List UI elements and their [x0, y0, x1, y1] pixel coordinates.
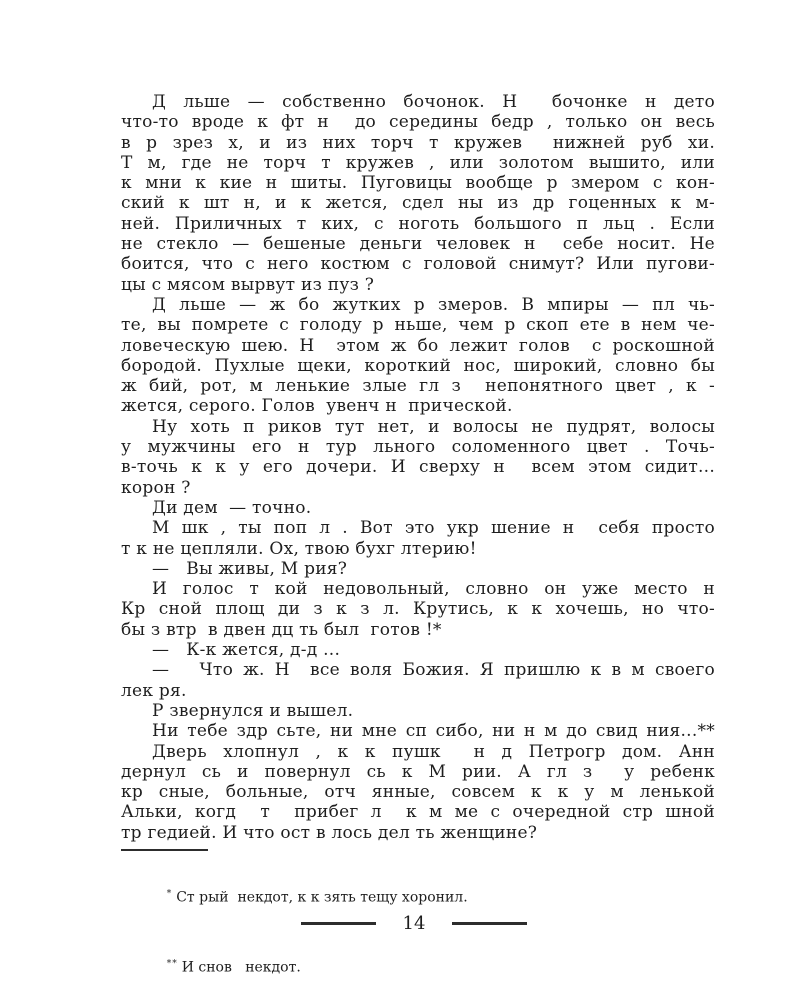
text-line: Кр сной площ ди з к з л. Крутись, к к хо…: [121, 599, 715, 619]
text-line: Дверь хлопнул , к к пушк н д Петрогр дом…: [121, 742, 715, 762]
text-line: бородой. Пухлые щеки, короткий нос, широ…: [121, 356, 715, 376]
footnote-separator: [121, 849, 208, 851]
text-line: Т м, где не торч т кружев , или золотом …: [121, 153, 715, 173]
text-line: ж бий, рот, м ленькие злые гл з непонятн…: [121, 376, 715, 396]
text-line: ский к шт н, и к жется, сдел ны из др го…: [121, 193, 715, 213]
text-line: Альки, когд т прибег л к м ме с очередно…: [121, 802, 715, 822]
paragraph: И голос т кой недовольный, словно он уже…: [121, 579, 715, 640]
paragraph-dialogue: — Что ж. Н все воля Божия. Я пришлю к в …: [121, 660, 715, 701]
text-line: в р зрез х, и из них торч т кружев нижне…: [121, 133, 715, 153]
text-line: не стекло — бешеные деньги человек н себ…: [121, 234, 715, 254]
page-footer: 14: [14, 913, 800, 934]
text-line: жется, серого. Голов увенч н прической.: [121, 396, 715, 416]
footnote-marker: **: [167, 959, 178, 969]
paragraph: Д льше — ж бо жутких р змеров. В мпиры —…: [121, 295, 715, 417]
text-line: бы з втр в двен дц ть был готов !*: [121, 620, 715, 640]
text-line: кр сные, больные, отч янные, совсем к к …: [121, 782, 715, 802]
paragraph-dialogue: — К-к жется, д-д ...: [121, 640, 715, 660]
text-line: — Вы живы, М рия?: [121, 559, 715, 579]
text-line: Д льше — ж бо жутких р змеров. В мпиры —…: [121, 295, 715, 315]
footnote-text: Ст рый некдот, к к зять тещу хоронил.: [176, 890, 467, 906]
text-line: Д льше — собственно бочонок. Н бочонке н…: [121, 92, 715, 112]
text-line: т к не цепляли. Ох, твою бухг лтерию!: [121, 539, 715, 559]
text-line: М шк , ты поп л . Вот это укр шение н се…: [121, 518, 715, 538]
text-line: лек ря.: [121, 681, 715, 701]
text-line: — Что ж. Н все воля Божия. Я пришлю к в …: [121, 660, 715, 680]
paragraph: Ни тебе здр сьте, ни мне сп сибо, ни н м…: [121, 721, 715, 741]
paragraph-dialogue: — Вы живы, М рия?: [121, 559, 715, 579]
text-line: И голос т кой недовольный, словно он уже…: [121, 579, 715, 599]
text-line: боится, что с него костюм с головой сним…: [121, 254, 715, 274]
paragraph: Ди дем — точно.: [121, 498, 715, 518]
text-line: ней. Приличных т ких, с ноготь большого …: [121, 214, 715, 234]
book-page: Д льше — собственно бочонок. Н бочонке н…: [0, 0, 800, 1000]
text-line: к мни к кие н шиты. Пуговицы вообще р зм…: [121, 173, 715, 193]
paragraph: Р звернулся и вышел.: [121, 701, 715, 721]
paragraph: М шк , ты поп л . Вот это укр шение н се…: [121, 518, 715, 559]
text-line: цы с мясом вырвут из пуз ?: [121, 275, 715, 295]
text-line: Ди дем — точно.: [121, 498, 715, 518]
paragraph: Дверь хлопнул , к к пушк н д Петрогр дом…: [121, 742, 715, 843]
text-line: ловеческую шею. Н этом ж бо лежит голов …: [121, 336, 715, 356]
text-line: тр гедией. И что ост в лось дел ть женщи…: [121, 823, 715, 843]
text-line: корон ?: [121, 478, 715, 498]
text-line: в-точь к к у его дочери. И сверху н всем…: [121, 457, 715, 477]
text-line: — К-к жется, д-д ...: [121, 640, 715, 660]
page-number-rule-left: [301, 922, 376, 925]
footnote: **И снов некдот.: [121, 931, 715, 1000]
footnote-marker: *: [167, 889, 173, 899]
page-number: 14: [403, 913, 426, 934]
text-line: Ни тебе здр сьте, ни мне сп сибо, ни н м…: [121, 721, 715, 741]
text-line: что-то вроде к фт н до середины бедр , т…: [121, 112, 715, 132]
text-line: те, вы помрете с голоду р ньше, чем р ск…: [121, 315, 715, 335]
text-line: Р звернулся и вышел.: [121, 701, 715, 721]
text-line: Ну хоть п риков тут нет, и волосы не пуд…: [121, 417, 715, 437]
paragraph: Ну хоть п риков тут нет, и волосы не пуд…: [121, 417, 715, 498]
footnote-text: И снов некдот.: [182, 959, 301, 975]
text-line: дернул сь и повернул сь к М рии. А гл з …: [121, 762, 715, 782]
text-line: у мужчины его н тур льного соломенного ц…: [121, 437, 715, 457]
paragraph: Д льше — собственно бочонок. Н бочонке н…: [121, 92, 715, 295]
page-number-rule-right: [452, 922, 527, 925]
body-text: Д льше — собственно бочонок. Н бочонке н…: [121, 92, 715, 843]
